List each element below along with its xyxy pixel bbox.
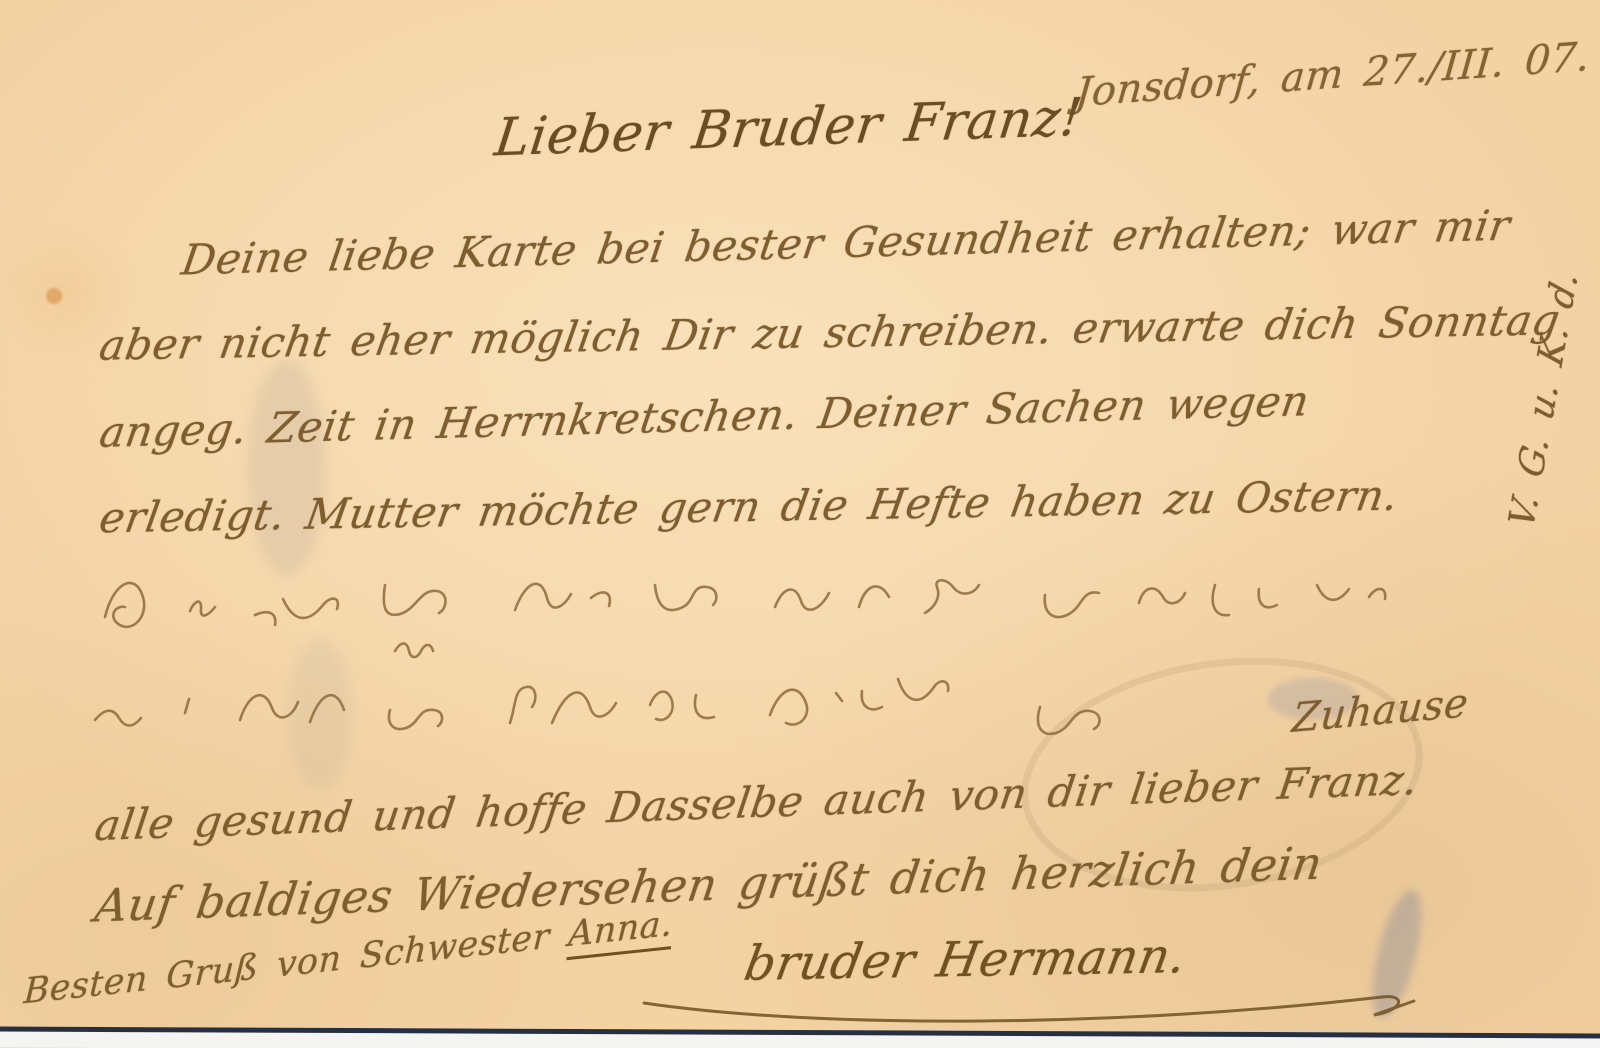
body-line-4: erledigt. Mutter möchte gern die Hefte h… bbox=[96, 471, 1402, 543]
body-line-2: aber nicht eher möglich Dir zu schreiben… bbox=[96, 295, 1563, 370]
closing-line: Auf baldiges Wiedersehen grüßt dich herz… bbox=[92, 836, 1326, 932]
signature: bruder Hermann. bbox=[740, 928, 1191, 992]
shorthand-line-2 bbox=[90, 665, 1270, 755]
body-line-1: Deine liebe Karte bei bester Gesundheit … bbox=[179, 201, 1514, 285]
ink-showthrough-smudge bbox=[248, 360, 326, 575]
postcard-scan: Jonsdorf, am 27./III. 07. Lieber Bruder … bbox=[0, 0, 1600, 1048]
postscript-name-underlined: Anna. bbox=[567, 904, 674, 960]
paper-stain bbox=[46, 288, 62, 304]
signature-flourish bbox=[640, 985, 1440, 1031]
dateline: Jonsdorf, am 27./III. 07. bbox=[1074, 34, 1592, 116]
shorthand-line-1 bbox=[95, 555, 1455, 665]
body-line-3: angeg. Zeit in Herrnkretschen. Deiner Sa… bbox=[97, 376, 1313, 457]
salutation: Lieber Bruder Franz! bbox=[491, 88, 1085, 169]
